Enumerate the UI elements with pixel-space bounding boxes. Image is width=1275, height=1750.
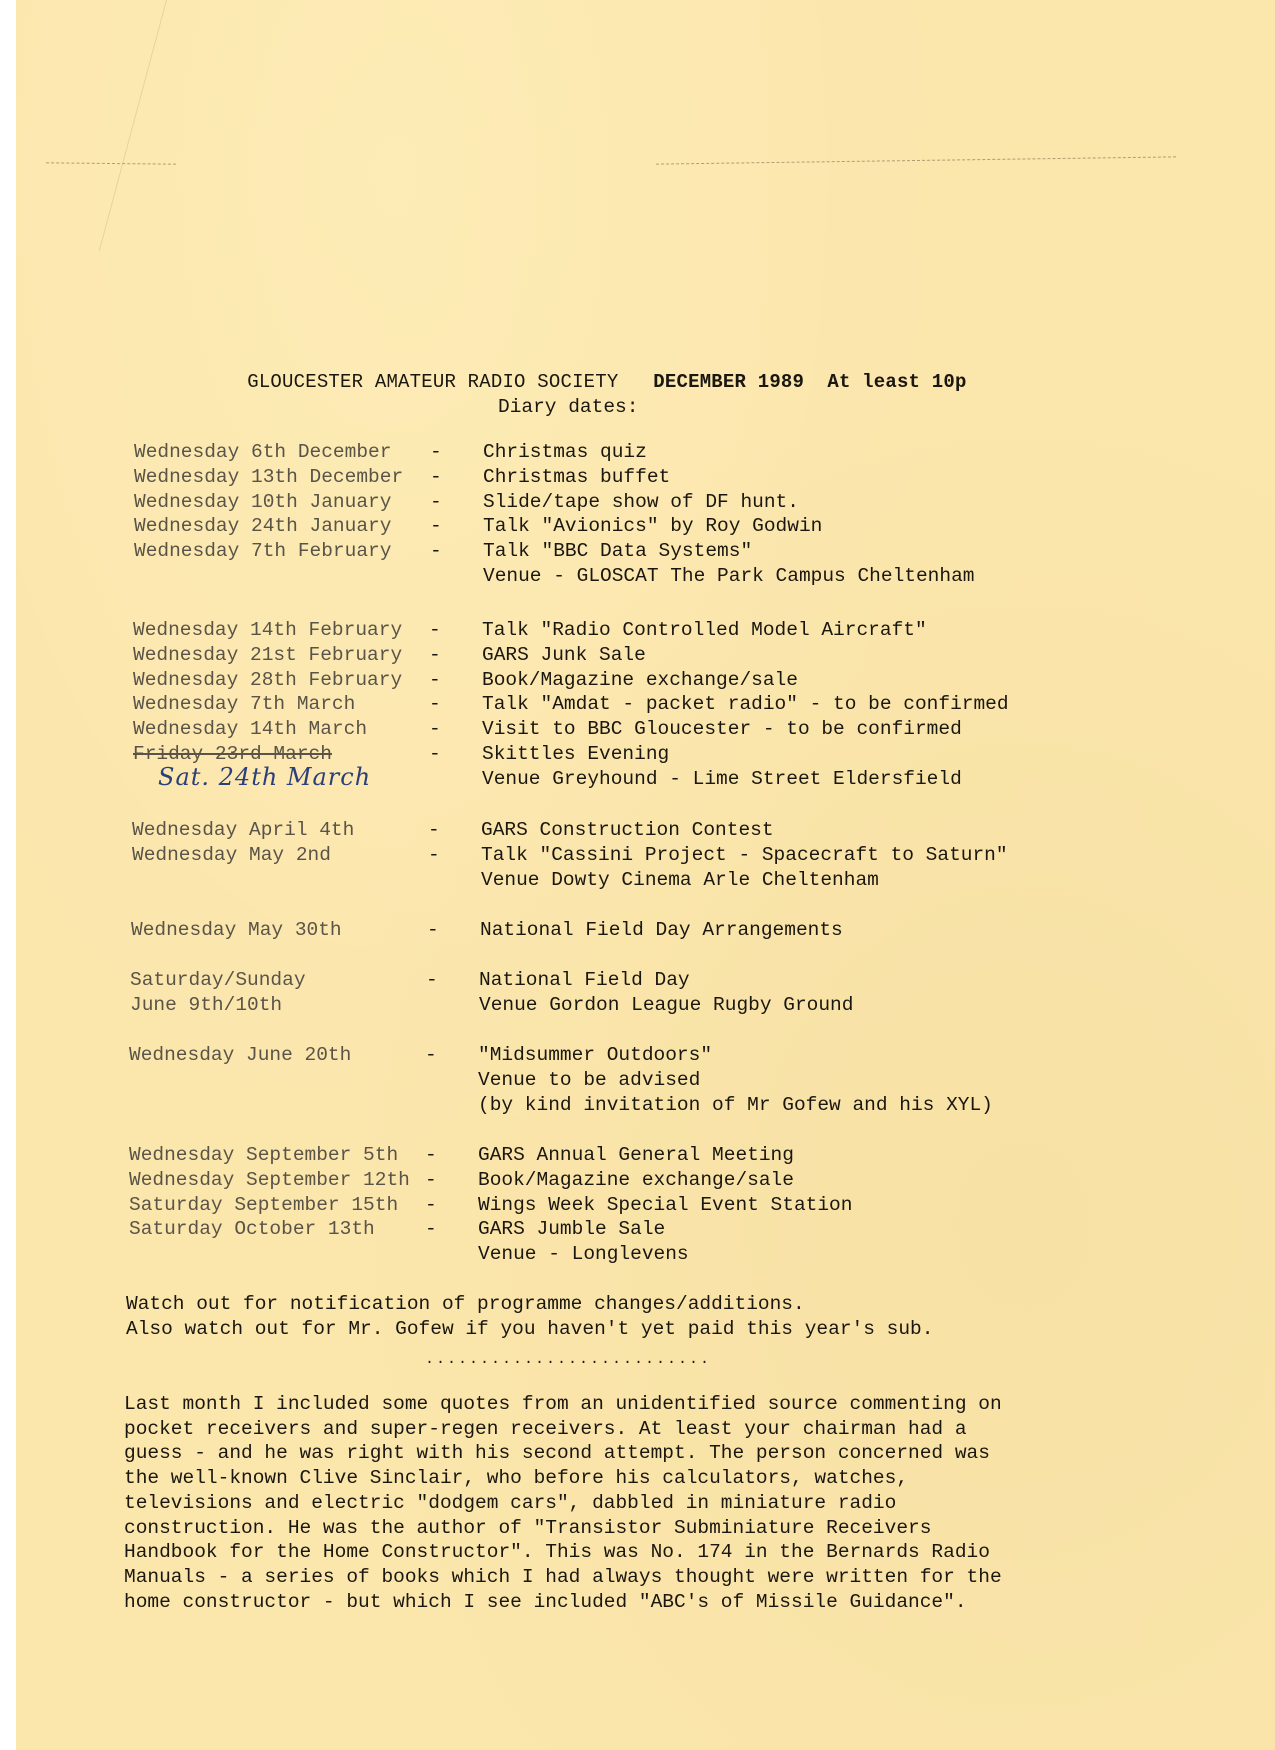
notice-line: Also watch out for Mr. Gofew if you have… — [126, 1317, 933, 1341]
entry-event: Skittles Evening — [482, 742, 669, 766]
article-line: Last month I included some quotes from a… — [124, 1392, 1002, 1417]
entry-date: Saturday October 13th — [129, 1217, 375, 1241]
entry-venue: Venue - Longlevens — [478, 1242, 689, 1266]
entry-separator: - — [429, 668, 441, 692]
article-line: guess - and he was right with his second… — [124, 1441, 990, 1466]
entry-date: Saturday/Sunday — [130, 968, 306, 992]
entry-date: Wednesday 14th February — [133, 618, 402, 642]
entry-date: Wednesday 21st February — [133, 643, 402, 667]
entry-separator: - — [425, 1143, 437, 1167]
entry-event: National Field Day Arrangements — [480, 918, 843, 942]
article-line: Manuals - a series of books which I had … — [124, 1565, 1002, 1590]
entry-separator: - — [429, 742, 441, 766]
article-line: construction. He was the author of "Tran… — [124, 1516, 931, 1541]
entry-separator: - — [430, 490, 442, 514]
entry-separator: - — [429, 717, 441, 741]
diary-heading: Diary dates: — [498, 395, 638, 419]
entry-venue: Venue Dowty Cinema Arle Cheltenham — [481, 868, 879, 892]
entry-event: Christmas buffet — [483, 465, 670, 489]
issue-date: DECEMBER 1989 — [653, 371, 804, 393]
entry-venue: Venue Greyhound - Lime Street Eldersfiel… — [482, 767, 962, 791]
entry-event: "Midsummer Outdoors" — [478, 1043, 712, 1067]
newsletter-header: GLOUCESTER AMATEUR RADIO SOCIETY DECEMBE… — [224, 346, 967, 394]
entry-event: Talk "Radio Controlled Model Aircraft" — [482, 618, 927, 642]
entry-event: Talk "Avionics" by Roy Godwin — [483, 514, 822, 538]
entry-date: Wednesday 28th February — [133, 668, 402, 692]
entry-event: Christmas quiz — [483, 440, 647, 464]
entry-separator: - — [425, 1043, 437, 1067]
entry-date: Wednesday September 5th — [129, 1143, 398, 1167]
entry-date: Wednesday 13th December — [134, 465, 403, 489]
entry-date-continued: June 9th/10th — [130, 993, 282, 1017]
entry-separator: - — [425, 1193, 437, 1217]
handwritten-date-correction: Sat. 24th March — [158, 763, 371, 791]
entry-date: Wednesday 10th January — [134, 490, 391, 514]
entry-venue: Venue Gordon League Rugby Ground — [479, 993, 853, 1017]
article-line: Handbook for the Home Constructor". This… — [124, 1540, 990, 1565]
entry-separator: - — [429, 618, 441, 642]
entry-separator: - — [429, 692, 441, 716]
entry-separator: - — [430, 539, 442, 563]
entry-date: Wednesday April 4th — [132, 818, 354, 842]
entry-date: Wednesday June 20th — [129, 1043, 351, 1067]
paper-crease-left — [46, 162, 176, 164]
article-line: televisions and electric "dodgem cars", … — [124, 1491, 896, 1516]
entry-date: Saturday September 15th — [129, 1193, 398, 1217]
paper-fold-mark — [99, 0, 167, 251]
entry-separator: - — [425, 1217, 437, 1241]
entry-event: Slide/tape show of DF hunt. — [483, 490, 799, 514]
entry-separator: - — [430, 440, 442, 464]
paper-crease-right — [656, 156, 1176, 164]
entry-separator: - — [427, 918, 439, 942]
entry-date: Wednesday May 2nd — [132, 843, 331, 867]
entry-separator: - — [425, 1168, 437, 1192]
entry-event: Book/Magazine exchange/sale — [482, 668, 798, 692]
article-line: pocket receivers and super-regen receive… — [124, 1417, 967, 1442]
entry-date: Wednesday 14th March — [133, 717, 367, 741]
entry-event: GARS Annual General Meeting — [478, 1143, 794, 1167]
entry-event: Talk "Amdat - packet radio" - to be conf… — [482, 692, 1009, 716]
entry-date: Wednesday May 30th — [131, 918, 342, 942]
entry-event: GARS Junk Sale — [482, 643, 646, 667]
entry-separator: - — [426, 968, 438, 992]
entry-event: Talk "BBC Data Systems" — [483, 539, 752, 563]
entry-venue: Venue - GLOSCAT The Park Campus Cheltenh… — [483, 564, 974, 588]
entry-event: Visit to BBC Gloucester - to be confirme… — [482, 717, 962, 741]
entry-separator: - — [430, 465, 442, 489]
entry-venue: Venue to be advised — [478, 1068, 700, 1092]
society-name: GLOUCESTER AMATEUR RADIO SOCIETY — [247, 371, 618, 393]
entry-event: GARS Jumble Sale — [478, 1217, 665, 1241]
entry-separator: - — [430, 514, 442, 538]
entry-date: Wednesday 6th December — [134, 440, 391, 464]
entry-date: Wednesday September 12th — [129, 1168, 410, 1192]
entry-separator: - — [429, 643, 441, 667]
notice-line: Watch out for notification of programme … — [126, 1292, 805, 1316]
entry-date: Wednesday 7th February — [134, 539, 391, 563]
entry-event: Book/Magazine exchange/sale — [478, 1168, 794, 1192]
entry-separator: - — [428, 843, 440, 867]
entry-date: Wednesday 24th January — [134, 514, 391, 538]
article-line: home constructor - but which I see inclu… — [124, 1590, 967, 1615]
entry-event: Wings Week Special Event Station — [478, 1193, 852, 1217]
entry-separator: - — [428, 818, 440, 842]
issue-price: At least 10p — [827, 371, 966, 393]
entry-event: GARS Construction Contest — [481, 818, 774, 842]
entry-event: National Field Day — [479, 968, 690, 992]
article-line: the well-known Clive Sinclair, who befor… — [124, 1466, 908, 1491]
section-divider: .......................... — [425, 1348, 711, 1372]
entry-note: (by kind invitation of Mr Gofew and his … — [478, 1093, 993, 1117]
entry-date: Wednesday 7th March — [133, 692, 355, 716]
entry-event: Talk "Cassini Project - Spacecraft to Sa… — [481, 843, 1008, 867]
